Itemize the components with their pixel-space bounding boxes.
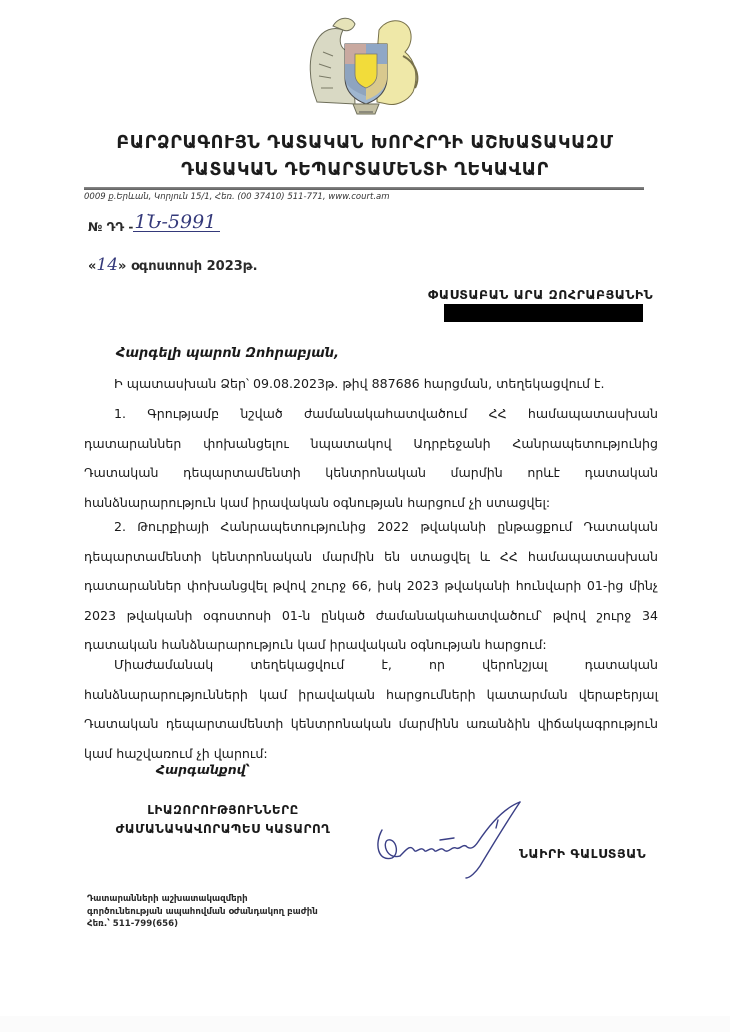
signer-position-line1: ԼԻԱԶՈՐՈՒԹՅՈՒՆՆԵՐԸ — [100, 803, 346, 817]
handwritten-signature-icon — [370, 800, 530, 880]
paragraph-3: Միաժամանակ տեղեկացվում է, որ վերոնշյալ դ… — [84, 650, 658, 768]
reference-number-handwritten: 1Ն-5991 — [133, 213, 220, 232]
header-divider — [84, 187, 644, 190]
signer-position-line2: ԺԱՄԱՆԱԿԱՎՈՐԱՊԵՍ ԿԱՏԱՐՈՂ — [100, 822, 346, 836]
reference-number: № ԴԴ -1Ն-5991 — [88, 216, 220, 235]
date-month-year: օգոստոսի 2023թ. — [126, 259, 257, 274]
organization-title: ԲԱՐՁՐԱԳՈՒՅՆ ԴԱՏԱԿԱՆ ԽՈՐՀՐԴԻ ԱՇԽԱՏԱԿԱԶՄ — [0, 133, 730, 153]
reference-prefix: № ԴԴ - — [88, 220, 133, 234]
salutation: Հարգելի պարոն Զոհրաբյան, — [116, 346, 339, 361]
closing-phrase: Հարգանքով՝ — [156, 762, 250, 777]
signer-name: ՆԱԻՐԻ ԳԱԼՍՏՅԱՆ — [519, 846, 646, 861]
paragraph-2: 2. Թուրքիայի Հանրապետությունից 2022 թվակ… — [84, 512, 658, 660]
department-note: Դատարանների աշխատակազմերի գործունեության… — [87, 893, 318, 931]
coat-of-arms-icon — [303, 12, 429, 120]
redacted-block — [444, 304, 643, 322]
date-day-handwritten: 14 — [96, 255, 118, 275]
department-note-line1: Դատարանների աշխատակազմերի — [87, 893, 318, 906]
department-note-line2: գործունեության ապահովման օժանդակող բաժին — [87, 906, 318, 919]
contact-address: 0009 ք.Երևան, Կորյուն 15/1, Հեռ. (00 374… — [84, 192, 390, 202]
department-phone: Հեռ.՝ 511-799(656) — [87, 918, 318, 931]
page-bottom-edge — [0, 1016, 730, 1032]
intro-paragraph: Ի պատասխան Ձեր՝ 09.08.2023թ. թիվ 887686 … — [84, 369, 658, 399]
letter-date: «14» օգոստոսի 2023թ. — [88, 255, 258, 275]
recipient-name: ՓԱՍՏԱԲԱՆ ԱՐԱ ԶՈՀՐԱԲՅԱՆԻՆ — [428, 287, 653, 302]
paragraph-1: 1. Գրությամբ նշված ժամանակահատվածում ՀՀ … — [84, 399, 658, 517]
department-head-title: ԴԱՏԱԿԱՆ ԴԵՊԱՐՏԱՄԵՆՏԻ ՂԵԿԱՎԱՐ — [0, 160, 730, 180]
